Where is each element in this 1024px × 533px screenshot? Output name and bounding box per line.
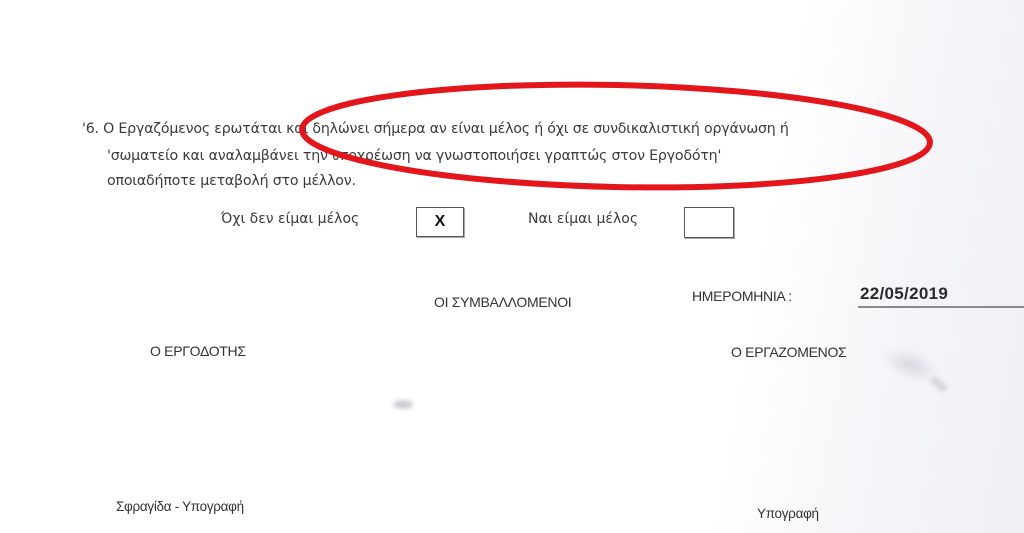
employer-title: Ο ΕΡΓΟΔΟΤΗΣ — [150, 343, 246, 359]
employer-signature-label: Σφραγίδα - Υπογραφή — [116, 499, 244, 514]
document-page: '6. Ο Εργαζόμενος ερωτάται και δηλώνει σ… — [0, 0, 1024, 533]
clause-line-1: '6. Ο Εργαζόμενος ερωτάται και δηλώνει σ… — [82, 121, 789, 137]
option-not-member-label: Όχι δεν είμαι μέλος — [221, 211, 359, 227]
red-ellipse-annotation — [0, 0, 1024, 533]
clause-line-3: οποιαδήποτε μεταβολή στο μέλλον. — [107, 173, 356, 189]
employee-signature-label: Υπογραφή — [757, 506, 819, 521]
parties-heading: ΟΙ ΣΥΜΒΑΛΛΟΜΕΝΟΙ — [434, 294, 571, 310]
checkbox-x-mark: X — [435, 213, 446, 231]
date-underline — [858, 306, 1024, 308]
employee-title: Ο ΕΡΓΑΖΟΜΕΝΟΣ — [731, 344, 846, 360]
signature-smudge-mark — [930, 375, 949, 393]
date-label: ΗΜΕΡΟΜΗΝΙΑ : — [692, 288, 792, 304]
option-not-member-checkbox[interactable]: X — [416, 207, 464, 237]
date-value: 22/05/2019 — [860, 284, 948, 304]
option-member-checkbox[interactable] — [684, 207, 734, 238]
option-member-label: Ναι είμαι μέλος — [528, 211, 638, 227]
ink-smudge — [393, 400, 413, 409]
clause-line-2: 'σωματείο και αναλαμβάνει την υποχρέωση … — [107, 148, 721, 164]
